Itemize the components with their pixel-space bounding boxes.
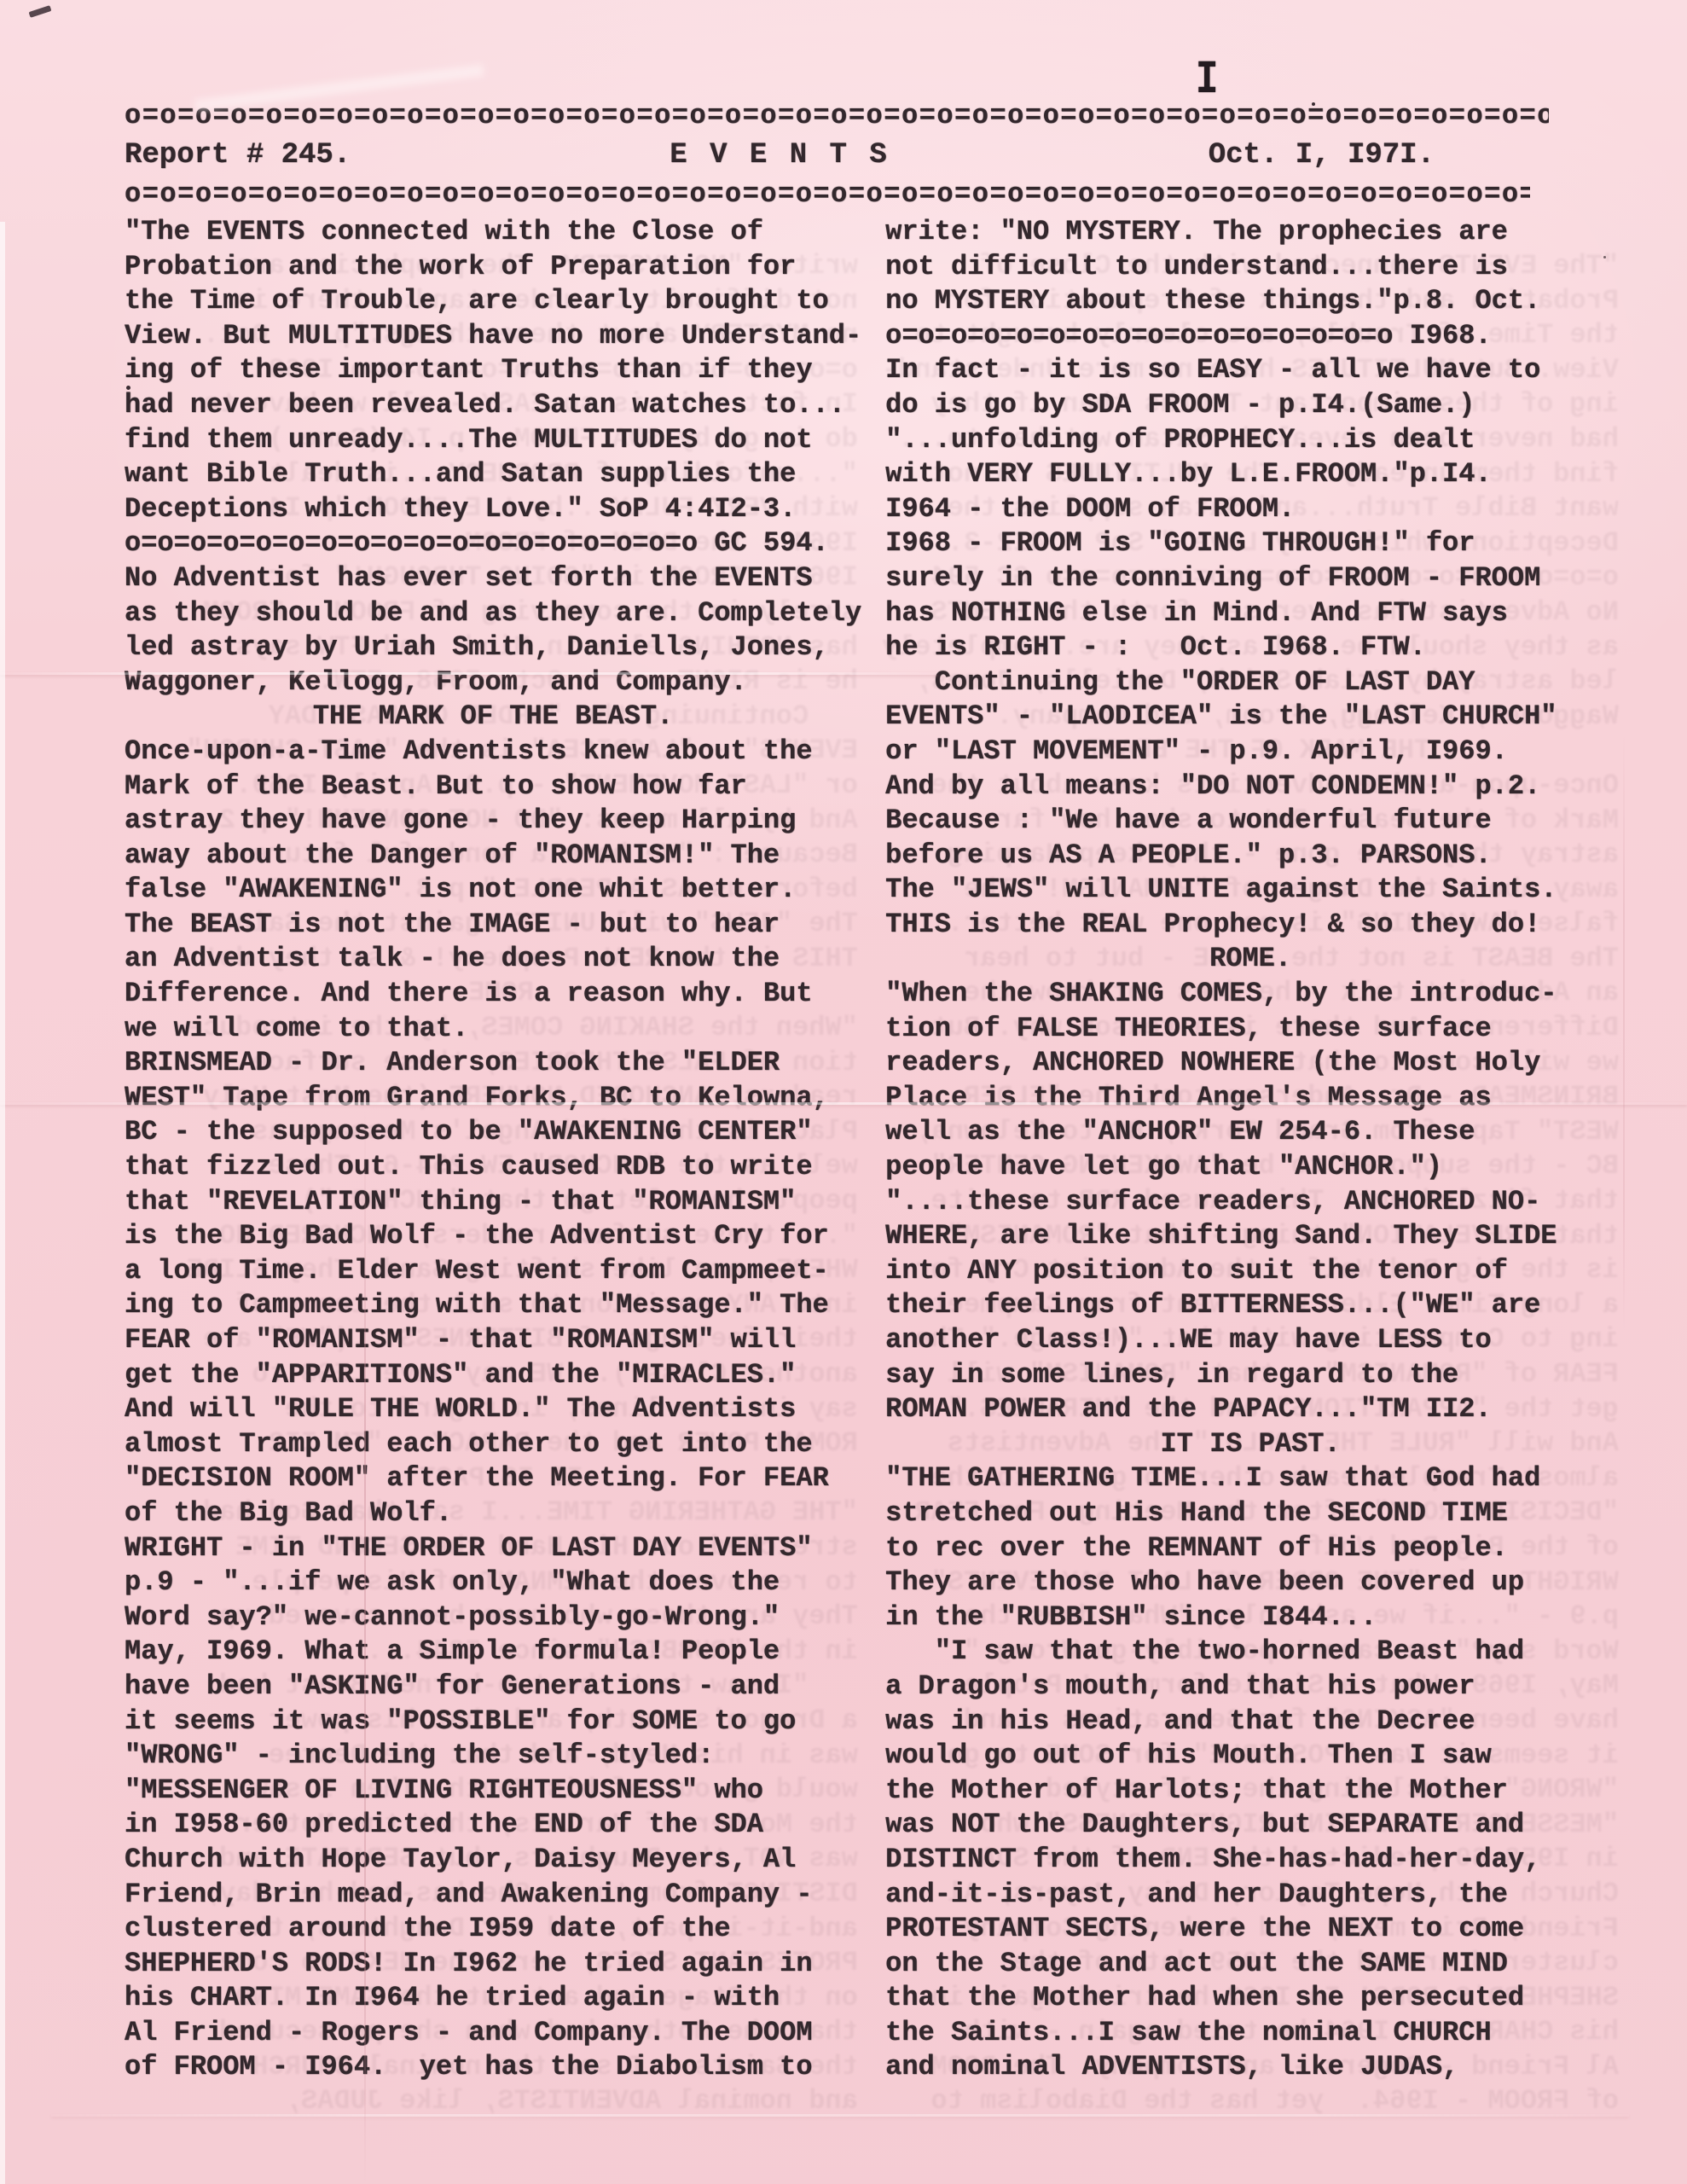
report-number: Report # 245. xyxy=(125,133,351,177)
horizontal-fold-crease xyxy=(0,1102,1687,1105)
text-line: "The EVENTS connected with the Close of xyxy=(125,215,861,250)
text-line: Once-upon-a-Time Adventists knew about t… xyxy=(125,735,861,770)
text-line: on the Stage and act out the SAME MIND xyxy=(885,1947,1615,1982)
page-number-mark: I xyxy=(1196,57,1218,104)
text-line: as they should be and as they are. Compl… xyxy=(125,596,861,631)
text-line: or "LAST MOVEMENT" - p.9. April, I969. xyxy=(885,735,1615,770)
text-line: not difficult to understand...there is xyxy=(885,250,1615,285)
text-line: astray they have gone - they keep Harpin… xyxy=(125,804,861,839)
text-line: "THE GATHERING TIME...I saw that God had xyxy=(885,1461,1615,1496)
text-line: WHERE, are like shifting Sand. They SLID… xyxy=(885,1219,1615,1254)
text-line: ing of these important Truths than if th… xyxy=(125,353,861,388)
text-line: WEST" Tape from Grand Forks, BC to Kelow… xyxy=(125,1081,861,1116)
stray-mark xyxy=(29,5,52,18)
text-line: ROME. xyxy=(885,942,1615,977)
text-line: WRIGHT - in "THE ORDER OF LAST DAY EVENT… xyxy=(125,1531,861,1566)
text-line: we will come to that. xyxy=(125,1012,861,1047)
text-line: in I958-60 predicted the END of the SDA xyxy=(125,1808,861,1843)
text-line: do is go by SDA FROOM - p.I4.(Same.) xyxy=(885,388,1615,423)
text-line: Friend, Brin mead, and Awakening Company… xyxy=(125,1878,861,1913)
horizontal-crease xyxy=(0,672,938,675)
text-line: false "AWAKENING" is not one whit better… xyxy=(125,873,861,908)
text-line: Continuing the "ORDER OF LAST DAY xyxy=(885,665,1615,700)
text-line: surely in the conniving of FROOM - FROOM xyxy=(885,561,1615,596)
text-line: was NOT the Daughters, but SEPARATE and xyxy=(885,1808,1615,1843)
text-line: o=o=o=o=o=o=o=o=o=o=o=o=o=o=o=o I968. xyxy=(885,319,1615,354)
scan-edge xyxy=(0,222,5,2184)
text-line: No Adventist has ever set forth the EVEN… xyxy=(125,561,861,596)
text-line: with VERY FULLY...by L.E.FROOM."p.I4. xyxy=(885,457,1615,492)
text-line: want Bible Truth...and Satan supplies th… xyxy=(125,457,861,492)
text-line: I964 - the DOOM of FROOM. xyxy=(885,492,1615,527)
text-line: away about the Danger of "ROMANISM!" The xyxy=(125,839,861,874)
text-line: and nominal ADVENTISTS, like JUDAS, xyxy=(885,2050,1615,2085)
text-line: Deceptions which they Love." SoP 4:4I2-3… xyxy=(125,492,861,527)
text-line: ing to Campmeeting with that "Message." … xyxy=(125,1288,861,1323)
ink-speck xyxy=(126,386,130,390)
text-line: readers, ANCHORED NOWHERE (the Most Holy xyxy=(885,1046,1615,1081)
left-column: "The EVENTS connected with the Close ofP… xyxy=(125,215,861,2085)
text-line: THE MARK OF THE BEAST. xyxy=(125,700,861,735)
text-line: THIS is the REAL Prophecy! & so they do! xyxy=(885,908,1615,943)
text-line: clustered around the I959 date of the xyxy=(125,1912,861,1947)
ink-speck xyxy=(1312,102,1315,106)
body-columns: "The EVENTS connected with the Close ofP… xyxy=(125,215,1615,2085)
text-line: that "REVELATION" thing - that "ROMANISM… xyxy=(125,1185,861,1220)
masthead: Report # 245. E V E N T S Oct. I, I97I. xyxy=(125,133,1615,177)
text-line: And by all means: "DO NOT CONDEMN!" p.2. xyxy=(885,770,1615,804)
scanned-newsletter-page: "The EVENTS connected with the Close ofP… xyxy=(0,0,1687,2184)
text-line: tion of FALSE THEORIES, these surface xyxy=(885,1012,1615,1047)
text-line: had never been revealed. Satan watches t… xyxy=(125,388,861,423)
text-line: Because : "We have a wonderful future xyxy=(885,804,1615,839)
text-line: before us AS A PEOPLE." p.3. PARSONS. xyxy=(885,839,1615,874)
text-line: their feelings of BITTERNESS...("WE" are xyxy=(885,1288,1615,1323)
text-line: Waggoner, Kellogg, Froom, and Company. xyxy=(125,665,861,700)
text-line: BC - the supposed to be "AWAKENING CENTE… xyxy=(125,1115,861,1150)
text-line: no MYSTERY about these things."p.8. Oct. xyxy=(885,284,1615,319)
text-line: a long Time. Elder West went from Campme… xyxy=(125,1254,861,1289)
text-line: "...unfolding of PROPHECY...is dealt xyxy=(885,423,1615,458)
text-line: almost Trampled each other to get into t… xyxy=(125,1427,861,1462)
text-line: into ANY position to suit the tenor of xyxy=(885,1254,1615,1289)
text-line: in the "RUBBISH" since I844... xyxy=(885,1600,1615,1635)
page-content: o=o=o=o=o=o=o=o=o=o=o=o=o=o=o=o=o=o=o=o=… xyxy=(125,99,1615,2085)
text-line: an Adventist talk - he does not know the xyxy=(125,942,861,977)
text-line: has NOTHING else in Mind. And FTW says xyxy=(885,596,1615,631)
text-line: stretched out His Hand the SECOND TIME xyxy=(885,1496,1615,1531)
text-line: In fact - it is so EASY - all we have to xyxy=(885,353,1615,388)
text-line: that fizzled out. This caused RDB to wri… xyxy=(125,1150,861,1185)
text-line: to rec over the REMNANT of His people. xyxy=(885,1531,1615,1566)
text-line: his CHART. In I964 he tried again - with xyxy=(125,1981,861,2016)
text-line: of the Big Bad Wolf. xyxy=(125,1496,861,1531)
text-line: "I saw that the two-horned Beast had xyxy=(885,1635,1615,1670)
text-line: another Class!)...WE may have LESS to xyxy=(885,1323,1615,1358)
chain-separator-header: o=o=o=o=o=o=o=o=o=o=o=o=o=o=o=o=o=o=o=o=… xyxy=(125,177,1530,212)
text-line: the Saints...I saw the nominal CHURCH xyxy=(885,2016,1615,2051)
text-line: Probation and the work of Preparation fo… xyxy=(125,250,861,285)
text-line: was in his Head, and that the Decree xyxy=(885,1705,1615,1740)
text-line: say in some lines, in regard to the xyxy=(885,1358,1615,1393)
text-line: write: "NO MYSTERY. The prophecies are xyxy=(885,215,1615,250)
text-line: p.9 - "...if we ask only, "What does the xyxy=(125,1565,861,1600)
text-line: Church with Hope Taylor, Daisy Meyers, A… xyxy=(125,1843,861,1878)
text-line: "WRONG" - including the self-styled: xyxy=(125,1739,861,1774)
text-line: is the Big Bad Wolf - the Adventist Cry … xyxy=(125,1219,861,1254)
text-line: find them unready....The MULTITUDES do n… xyxy=(125,423,861,458)
text-line: IT IS PAST. xyxy=(885,1427,1615,1462)
vertical-crease xyxy=(364,1109,366,2184)
horizontal-crease-bottom xyxy=(51,2114,1629,2117)
ink-speck xyxy=(1603,256,1606,258)
text-line: DISTINCT from them. She-has-had-her-day, xyxy=(885,1843,1615,1878)
text-line: The BEAST is not the IMAGE - but to hear xyxy=(125,908,861,943)
text-line: ROMAN POWER and the PAPACY..."TM II2. xyxy=(885,1392,1615,1427)
text-line: FEAR of "ROMANISM" - that "ROMANISM" wil… xyxy=(125,1323,861,1358)
vertical-crease-right xyxy=(1623,734,1625,1331)
text-line: he is RIGHT - : Oct. I968. FTW. xyxy=(885,630,1615,665)
text-line: View. But MULTITUDES have no more Unders… xyxy=(125,319,861,354)
text-line: it seems it was "POSSIBLE" for SOME to g… xyxy=(125,1705,861,1740)
text-line: Mark of the Beast. But to show how far xyxy=(125,770,861,804)
text-line: They are those who have been covered up xyxy=(885,1565,1615,1600)
text-line: "DECISION ROOM" after the Meeting. For F… xyxy=(125,1461,861,1496)
text-line: led astray by Uriah Smith, Daniells, Jon… xyxy=(125,630,861,665)
right-column: write: "NO MYSTERY. The prophecies areno… xyxy=(885,215,1615,2085)
text-line: the Time of Trouble, are clearly brought… xyxy=(125,284,861,319)
text-line: Place is the Third Angel's Message as xyxy=(885,1081,1615,1116)
text-line: the Mother of Harlots; that the Mother xyxy=(885,1774,1615,1809)
text-line: The "JEWS" will UNITE against the Saints… xyxy=(885,873,1615,908)
text-line: get the "APPARITIONS" and the "MIRACLES.… xyxy=(125,1358,861,1393)
text-line: "MESSENGER OF LIVING RIGHTEOUSNESS" who xyxy=(125,1774,861,1809)
text-line: well as the "ANCHOR" EW 254-6. These xyxy=(885,1115,1615,1150)
text-line: And will "RULE THE WORLD." The Adventist… xyxy=(125,1392,861,1427)
text-line: Difference. And there is a reason why. B… xyxy=(125,977,861,1012)
text-line: BRINSMEAD - Dr. Anderson took the "ELDER xyxy=(125,1046,861,1081)
chain-separator-top: o=o=o=o=o=o=o=o=o=o=o=o=o=o=o=o=o=o=o=o=… xyxy=(125,99,1549,133)
text-line: EVENTS" - "LAODICEA" is the "LAST CHURCH… xyxy=(885,700,1615,735)
text-line: "....these surface readers, ANCHORED NO- xyxy=(885,1185,1615,1220)
text-line: people have let go that "ANCHOR.") xyxy=(885,1150,1615,1185)
text-line: and-it-is-past, and her Daughters, the xyxy=(885,1878,1615,1913)
text-line: May, I969. What a Simple formula! People xyxy=(125,1635,861,1670)
text-line: o=o=o=o=o=o=o=o=o=o=o=o=o=o=o=o=o=o GC 5… xyxy=(125,526,861,561)
text-line: PROTESTANT SECTS, were the NEXT to come xyxy=(885,1912,1615,1947)
text-line: have been "ASKING" for Generations - and xyxy=(125,1670,861,1705)
text-line: I968 - FROOM is "GOING THROUGH!" for xyxy=(885,526,1615,561)
page-title: E V E N T S xyxy=(670,133,889,177)
text-line: Al Friend - Rogers - and Company. The DO… xyxy=(125,2016,861,2051)
text-line: of FROOM - I964. yet has the Diabolism t… xyxy=(125,2050,861,2085)
text-line: a Dragon's mouth, and that his power xyxy=(885,1670,1615,1705)
text-line: SHEPHERD'S RODS! In I962 he tried again … xyxy=(125,1947,861,1982)
text-line: would go out of his Mouth. Then I saw xyxy=(885,1739,1615,1774)
text-line: "When the SHAKING COMES, by the introduc… xyxy=(885,977,1615,1012)
text-line: that the Mother had when she persecuted xyxy=(885,1981,1615,2016)
issue-date: Oct. I, I97I. xyxy=(1209,133,1615,177)
text-line: Word say?" we-cannot-possibly-go-Wrong." xyxy=(125,1600,861,1635)
